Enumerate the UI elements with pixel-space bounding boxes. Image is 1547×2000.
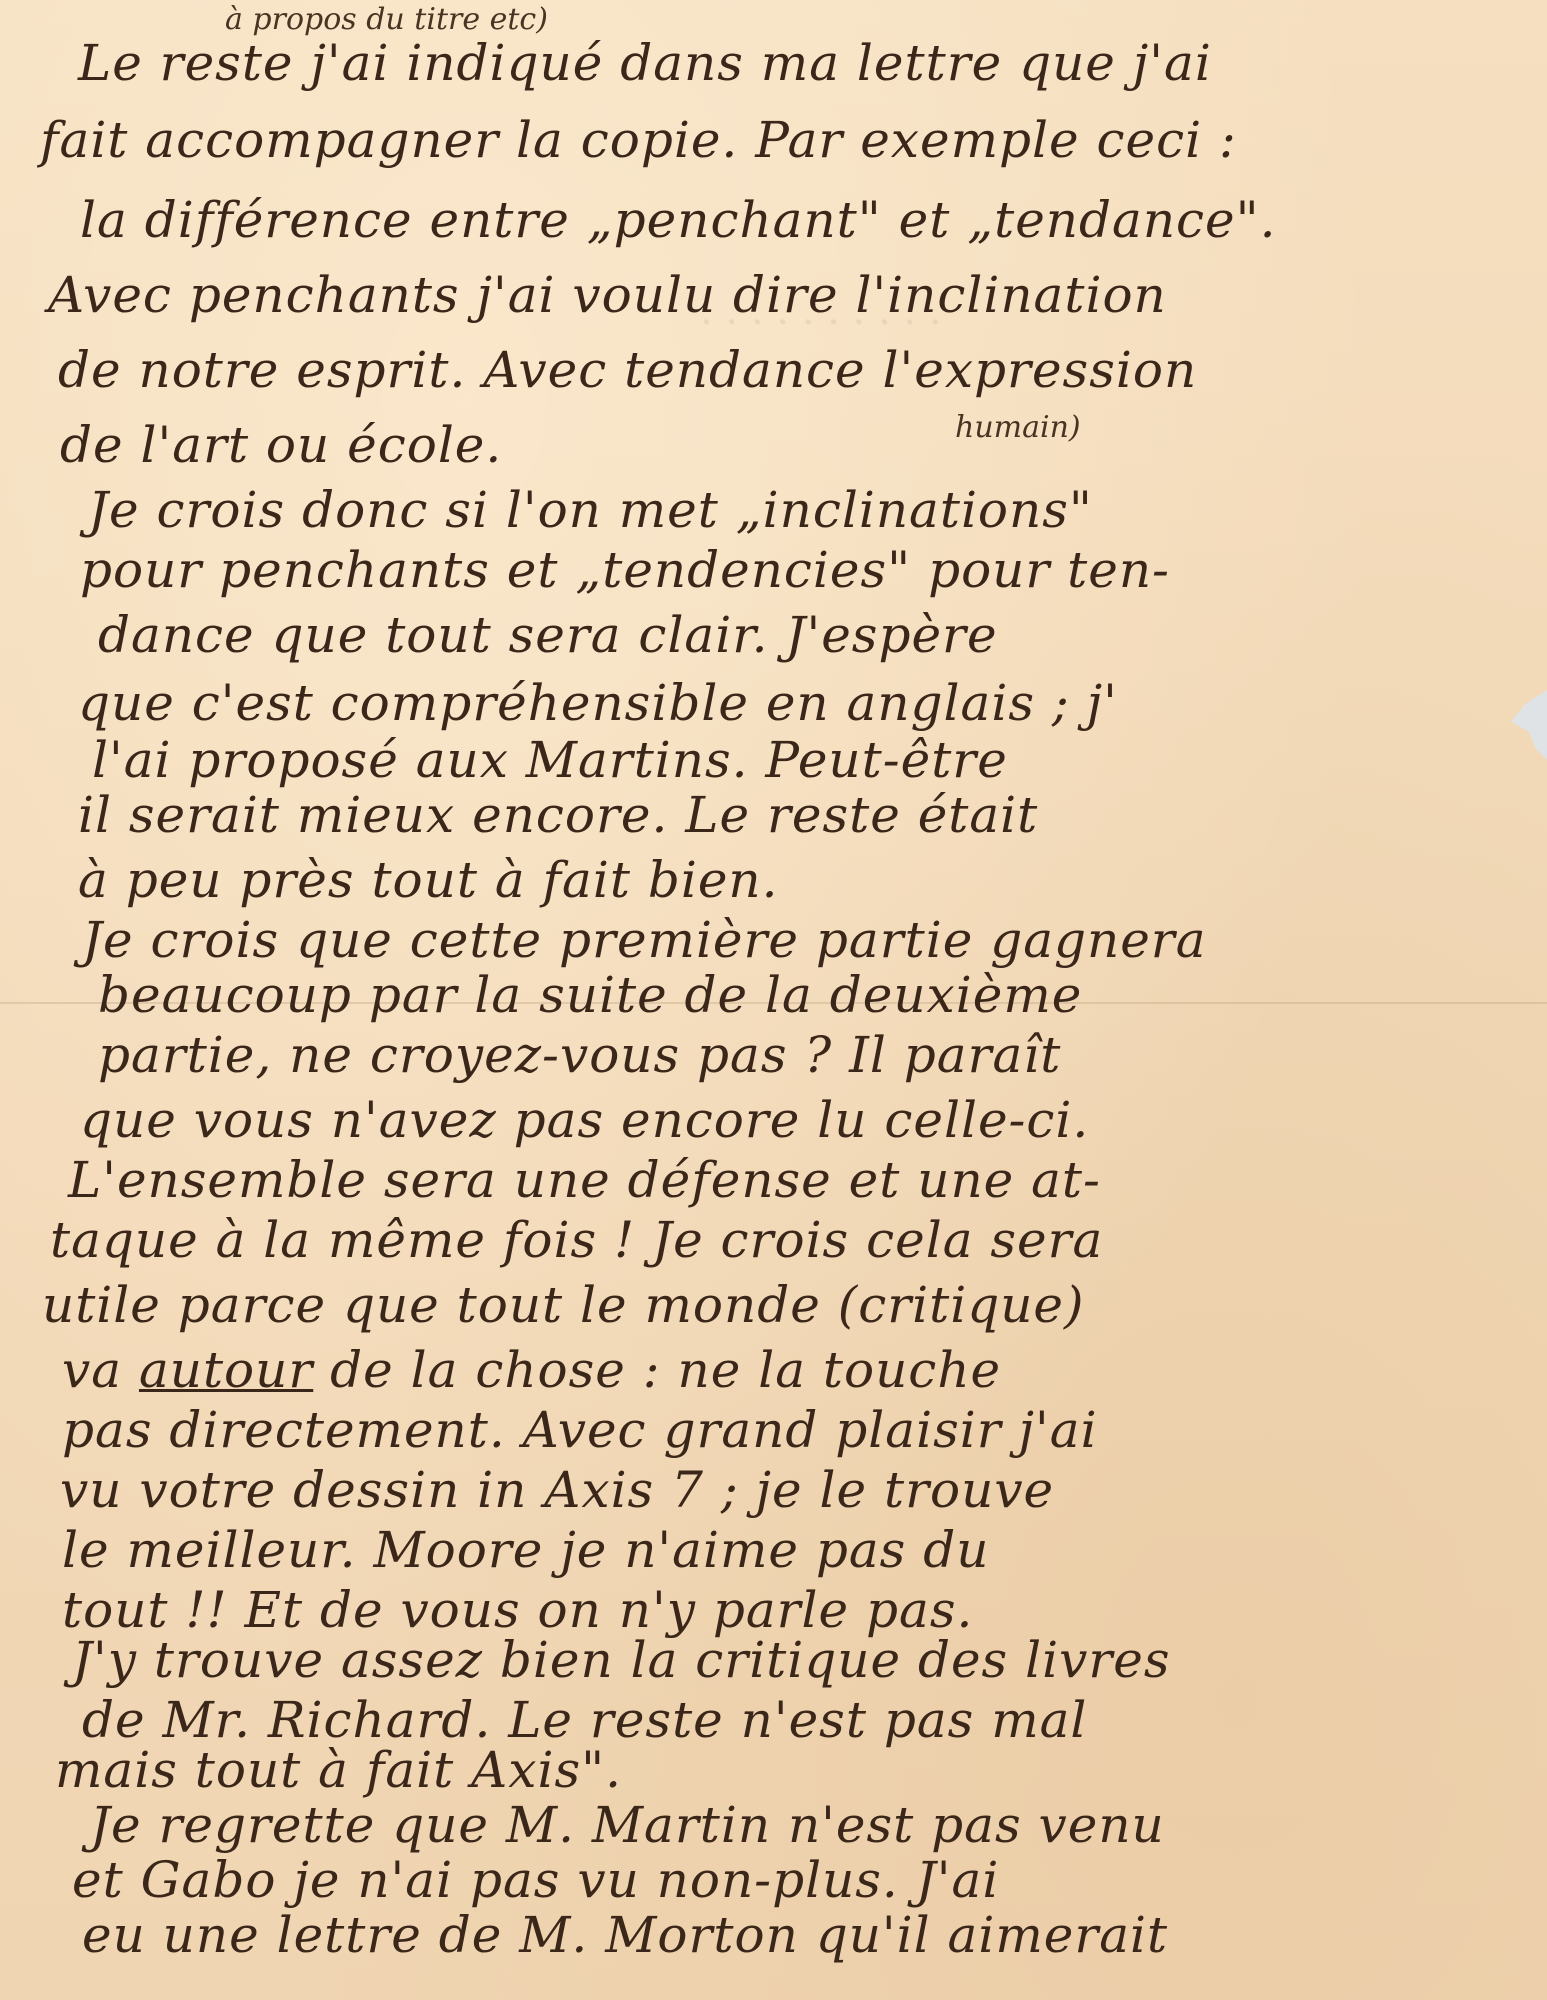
letter-line: que c'est compréhensible en anglais ; j' [78,678,1118,728]
insertion-annotation-top: à propos du titre etc) [225,2,548,37]
letter-line: à peu près tout à fait bien. [78,855,779,905]
letter-line: J'y trouve assez bien la critique des li… [72,1635,1171,1685]
letter-line: de notre esprit. Avec tendance l'express… [58,345,1197,395]
letter-line: eu une lettre de M. Morton qu'il aimerai… [82,1910,1168,1960]
letter-line: taque à la même fois ! Je crois cela ser… [50,1215,1103,1265]
letter-line: Avec penchants j'ai voulu dire l'inclina… [48,270,1167,320]
letter-line: Je crois donc si l'on met „inclinations" [88,485,1093,535]
letter-page: · · · · · · · · · · à propos du titre et… [0,0,1547,2000]
letter-line: pas directement. Avec grand plaisir j'ai [62,1405,1098,1455]
letter-line: la différence entre „penchant" et „tenda… [80,195,1277,245]
letter-line: tout !! Et de vous on n'y parle pas. [62,1585,973,1635]
letter-line: il serait mieux encore. Le reste était [78,790,1038,840]
letter-line: fait accompagner la copie. Par exemple c… [40,115,1237,165]
letter-line: le meilleur. Moore je n'aime pas du [62,1525,989,1575]
letter-line: beaucoup par la suite de la deuxième [98,970,1082,1020]
letter-line: pour penchants et „tendencies" pour ten- [80,545,1170,595]
letter-line: Le reste j'ai indiqué dans ma lettre que… [78,38,1212,88]
letter-line: et Gabo je n'ai pas vu non-plus. J'ai [72,1855,999,1905]
letter-line: l'ai proposé aux Martins. Peut-être [92,735,1008,785]
letter-line: utile parce que tout le monde (critique) [42,1280,1085,1330]
letter-line: Je crois que cette première partie gagne… [82,915,1207,965]
letter-line: L'ensemble sera une défense et une at- [68,1155,1101,1205]
letter-line: que vous n'avez pas encore lu celle-ci. [80,1095,1089,1145]
letter-line: vu votre dessin in Axis 7 ; je le trouve [60,1465,1054,1515]
letter-line: Je regrette que M. Martin n'est pas venu [90,1800,1165,1850]
letter-line: de l'art ou école. [60,420,502,470]
insertion-annotation-humain: humain) [955,410,1081,445]
letter-line: va autour de la chose : ne la touche [62,1345,1001,1395]
paper-tear [1511,690,1547,760]
letter-line: dance que tout sera clair. J'espère [98,610,998,660]
letter-line: de Mr. Richard. Le reste n'est pas mal [82,1695,1087,1745]
letter-line: mais tout à fait Axis". [55,1745,622,1795]
letter-line: partie, ne croyez-vous pas ? Il paraît [98,1030,1061,1080]
underlined-word: autour [139,1341,313,1399]
